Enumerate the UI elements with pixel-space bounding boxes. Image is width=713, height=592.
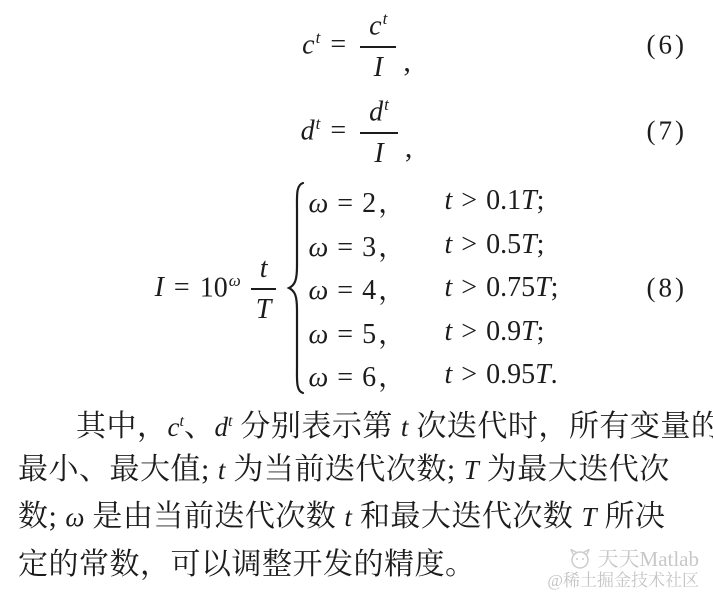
case-row-2: ω=3， t>0.5T;	[308, 223, 558, 267]
text-run: T	[581, 502, 596, 532]
equation-8: I = 10ω t T ω=2， t>0.1T; ω=3， t>0.5T;	[0, 176, 713, 400]
eq7-comma: ,	[405, 131, 413, 165]
text-run: 分别表示第	[232, 410, 401, 443]
text-run: 为当前迭代次数;	[225, 453, 463, 486]
watermark-title-row: 天天Matlab	[547, 547, 699, 571]
text-run: ω	[65, 502, 84, 532]
equation-6-number: (6)	[647, 30, 687, 61]
equation-7: dt = dt I , (7)	[0, 88, 713, 174]
case-row-3: ω=4， t>0.75T;	[308, 266, 558, 310]
eq6-lhs: ct	[302, 28, 320, 61]
equals-sign: =	[174, 272, 190, 304]
case-row-5: ω=6， t>0.95T.	[308, 353, 558, 397]
eq6-numerator: ct	[360, 8, 396, 48]
eq6-denominator: I	[374, 48, 383, 82]
text-run: 定的常数，可以调整开发的精度。	[18, 548, 476, 581]
text-run: 所决	[596, 500, 665, 533]
equation-6: ct = ct I , (6)	[0, 2, 713, 88]
eq8-fraction: t T	[251, 252, 277, 325]
eq7-fraction: dt I	[360, 94, 398, 168]
eq8-coefficient: 10ω	[200, 271, 241, 304]
paragraph-line-3: 数; ω 是由当前迭代次数 t 和最大迭代次数 T 所决	[18, 493, 696, 541]
watermark-title: 天天Matlab	[598, 547, 699, 571]
text-run: t	[344, 502, 352, 532]
eq7-numerator: dt	[360, 94, 398, 134]
text-run: 是由当前迭代次数	[84, 500, 344, 533]
text-run: ct	[168, 412, 184, 442]
eq8-frac-numerator: t	[251, 252, 277, 290]
case-row-1: ω=2， t>0.1T;	[308, 179, 558, 223]
case-row-4: ω=5， t>0.9T;	[308, 310, 558, 354]
eq6-comma: ,	[403, 45, 411, 79]
left-brace-icon	[286, 181, 306, 395]
text-run: 次迭代时，所有变量的	[408, 410, 713, 443]
text-run: dt	[214, 412, 232, 442]
paragraph-line-1: 其中，ct、dt 分别表示第 t 次迭代时，所有变量的	[18, 398, 696, 446]
paper-page: ct = ct I , (6) dt = dt I , (7) I = 10ω	[0, 0, 713, 592]
eq7-lhs: dt	[301, 114, 321, 147]
equation-8-number: (8)	[647, 273, 687, 304]
text-run: 数;	[18, 500, 65, 533]
text-run: 最小、最大值;	[18, 453, 218, 486]
equals-sign: =	[330, 115, 346, 147]
watermark: 天天Matlab @稀土掘金技术社区	[547, 547, 699, 590]
juejin-mascot-icon	[567, 547, 593, 571]
text-run: 、	[184, 410, 215, 443]
eq8-frac-denominator: T	[256, 290, 272, 324]
eq8-cases: ω=2， t>0.1T; ω=3， t>0.5T; ω=4， t>0.75T; …	[308, 179, 558, 397]
equation-8-body: I = 10ω t T ω=2， t>0.1T; ω=3， t>0.5T;	[155, 179, 559, 397]
watermark-subtitle: @稀土掘金技术社区	[547, 571, 699, 590]
eq6-fraction: ct I	[360, 8, 396, 82]
paragraph-line-2: 最小、最大值; t 为当前迭代次数; T 为最大迭代次	[18, 446, 696, 494]
equals-sign: =	[330, 29, 346, 61]
equation-7-body: dt = dt I ,	[301, 94, 413, 168]
text-run: 其中，	[76, 410, 168, 443]
text-run: T	[464, 455, 479, 485]
eq7-denominator: I	[374, 134, 383, 168]
equation-6-body: ct = ct I ,	[302, 8, 411, 82]
text-run: 和最大迭代次数	[352, 500, 582, 533]
eq8-lhs: I	[155, 272, 164, 304]
text-run: 为最大迭代次	[479, 453, 670, 486]
equation-7-number: (7)	[647, 116, 687, 147]
